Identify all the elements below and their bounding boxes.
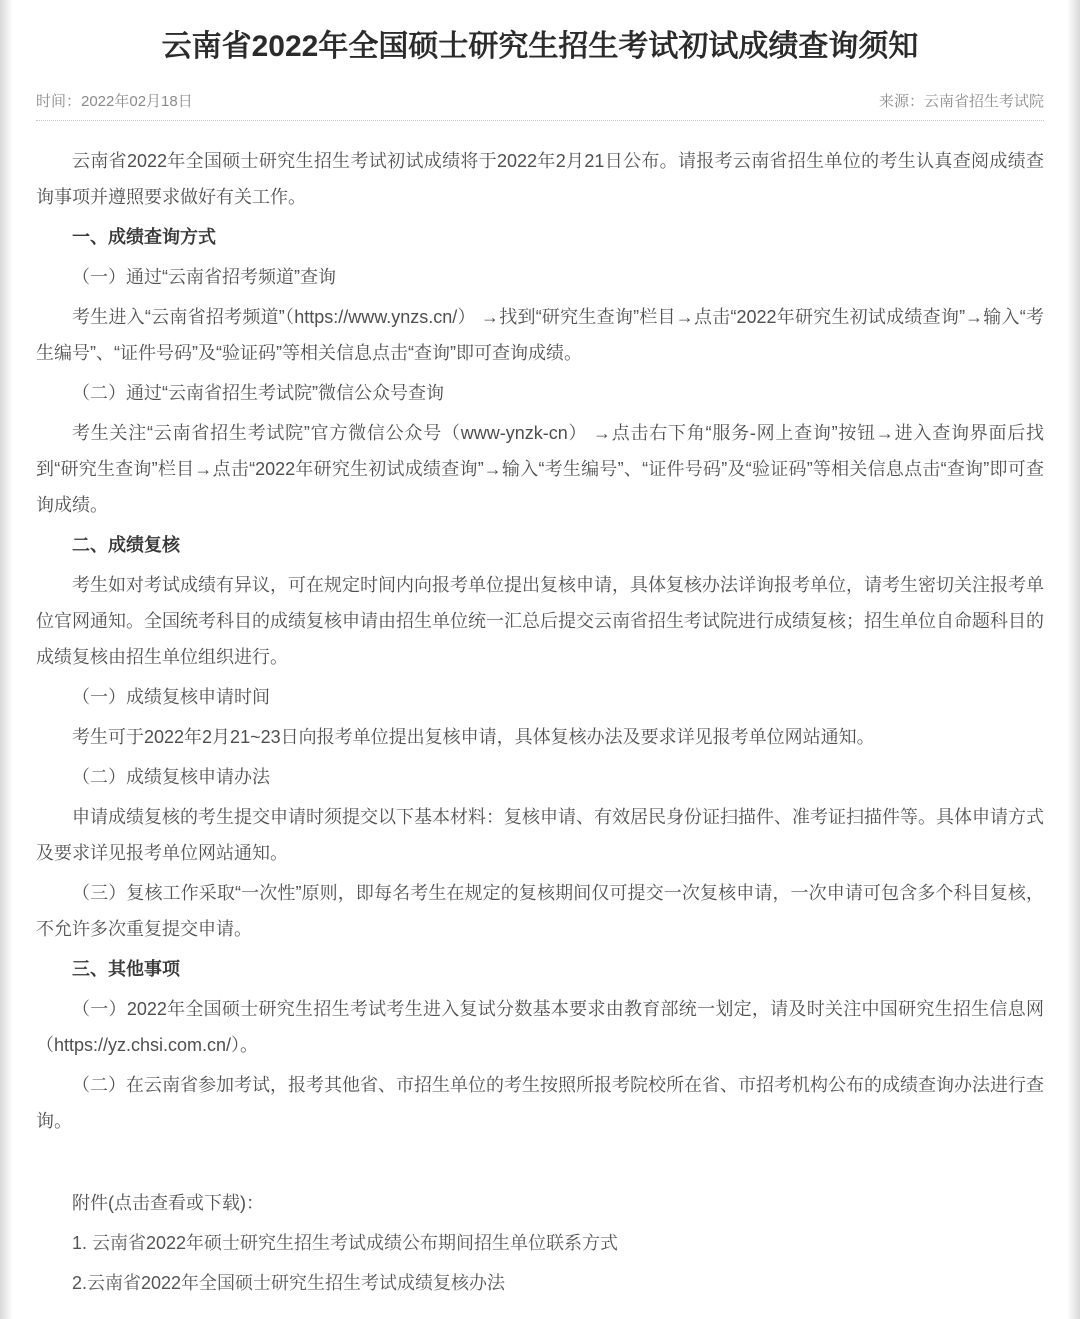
subheading-review-method: （二）成绩复核申请办法 [36,759,1044,795]
source-label: 来源：云南省招生考试院 [879,90,1044,111]
paragraph-review-once-rule: （三）复核工作采取“一次性”原则，即每名考生在规定的复核期间仅可提交一次复核申请… [36,875,1044,947]
paragraph-other-1: （一）2022年全国硕士研究生招生考试考生进入复试分数基本要求由教育部统一划定，… [36,991,1044,1063]
article-content: 云南省2022年全国硕士研究生招生考试初试成绩将于2022年2月21日公布。请报… [36,143,1044,1301]
paragraph-review-intro: 考生如对考试成绩有异议，可在规定时间内向报考单位提出复核申请，具体复核办法详询报… [36,567,1044,675]
heading-score-review: 二、成绩复核 [36,527,1044,563]
heading-query-methods: 一、成绩查询方式 [36,219,1044,255]
attachment-link-2[interactable]: 2.云南省2022年全国硕士研究生招生考试成绩复核办法 [36,1265,1044,1301]
subheading-method-1: （一）通过“云南省招考频道”查询 [36,259,1044,295]
subheading-review-time: （一）成绩复核申请时间 [36,679,1044,715]
paragraph-other-2: （二）在云南省参加考试，报考其他省、市招生单位的考生按照所报考院校所在省、市招考… [36,1067,1044,1139]
attachment-link-1[interactable]: 1. 云南省2022年硕士研究生招生考试成绩公布期间招生单位联系方式 [36,1225,1044,1261]
article-page: 云南省2022年全国硕士研究生招生考试初试成绩查询须知 时间：2022年02月1… [0,28,1080,1301]
paragraph-method-1: 考生进入“云南省招考频道”（https://www.ynzs.cn/） →找到“… [36,299,1044,371]
dotted-divider [36,120,1044,121]
paragraph-review-materials: 申请成绩复核的考生提交申请时须提交以下基本材料：复核申请、有效居民身份证扫描件、… [36,799,1044,871]
heading-other-matters: 三、其他事项 [36,951,1044,987]
subheading-method-2: （二）通过“云南省招生考试院”微信公众号查询 [36,375,1044,411]
meta-row: 时间：2022年02月18日 来源：云南省招生考试院 [36,90,1044,111]
page-title: 云南省2022年全国硕士研究生招生考试初试成绩查询须知 [96,28,984,66]
paragraph-method-2: 考生关注“云南省招生考试院”官方微信公众号（www-ynzk-cn） →点击右下… [36,415,1044,523]
attachments-header: 附件(点击查看或下载)： [36,1185,1044,1221]
intro-paragraph: 云南省2022年全国硕士研究生招生考试初试成绩将于2022年2月21日公布。请报… [36,143,1044,215]
publish-time: 时间：2022年02月18日 [36,90,193,111]
paragraph-review-time: 考生可于2022年2月21~23日向报考单位提出复核申请，具体复核办法及要求详见… [36,719,1044,755]
